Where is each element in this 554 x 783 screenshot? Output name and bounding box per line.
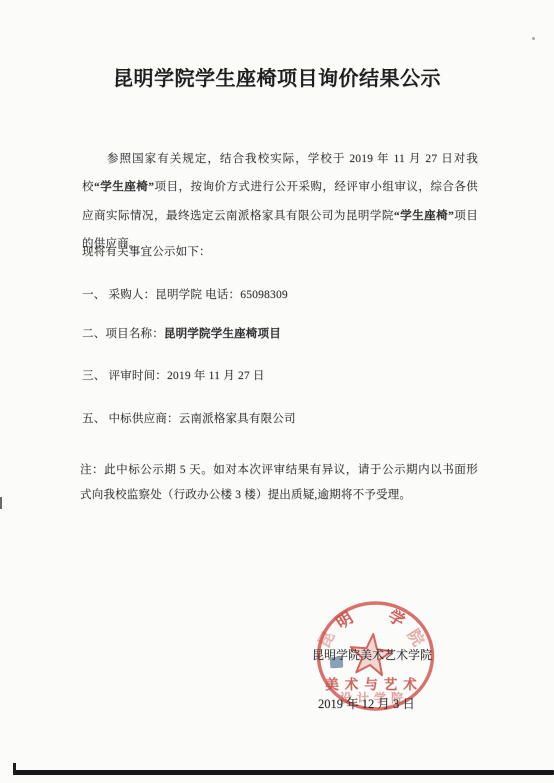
intro-bold-term: “学生座椅” bbox=[94, 181, 154, 193]
notice-subheading: 现将有关事宜公示如下： bbox=[82, 243, 211, 259]
page-title: 昆明学院学生座椅项目询价结果公示 bbox=[0, 62, 554, 91]
intro-bold-term: “学生座椅” bbox=[394, 210, 454, 222]
seal-arc-char: 明 bbox=[333, 609, 356, 633]
project-name-value: 昆明学院学生座椅项目 bbox=[164, 328, 281, 340]
list-item-winning-supplier: 五、 中标供应商：云南派格家具有限公司 bbox=[82, 410, 296, 426]
scan-edge-left-mark bbox=[0, 497, 2, 509]
seal-banner-line1: 美术与艺术 bbox=[325, 676, 423, 692]
scan-edge-bottom bbox=[13, 770, 554, 775]
signature-org: 昆明学院美术艺术学院 bbox=[312, 646, 432, 663]
item-label: 二、项目名称： bbox=[82, 328, 164, 340]
list-item-review-date: 三、 评审时间：2019 年 11 月 27 日 bbox=[82, 367, 265, 383]
scanned-notice-page: 昆明学院学生座椅项目询价结果公示 参照国家有关规定，结合我校实际，学校于 201… bbox=[0, 0, 554, 783]
note-paragraph: 注：此中标公示期 5 天。如对本次评审结果有异议，请于公示期内以书面形式向我校监… bbox=[80, 458, 478, 509]
dust-speck bbox=[532, 37, 535, 40]
intro-paragraph: 参照国家有关规定，结合我校实际，学校于 2019 年 11 月 27 日对我校“… bbox=[82, 145, 478, 259]
list-item-buyer: 一、 采购人：昆明学院 电话：65098309 bbox=[82, 286, 288, 302]
scan-edge-tick bbox=[13, 763, 16, 775]
signature-date: 2019 年 12 月 3 日 bbox=[318, 694, 415, 712]
list-item-project-name: 二、项目名称：昆明学院学生座椅项目 bbox=[82, 325, 281, 341]
